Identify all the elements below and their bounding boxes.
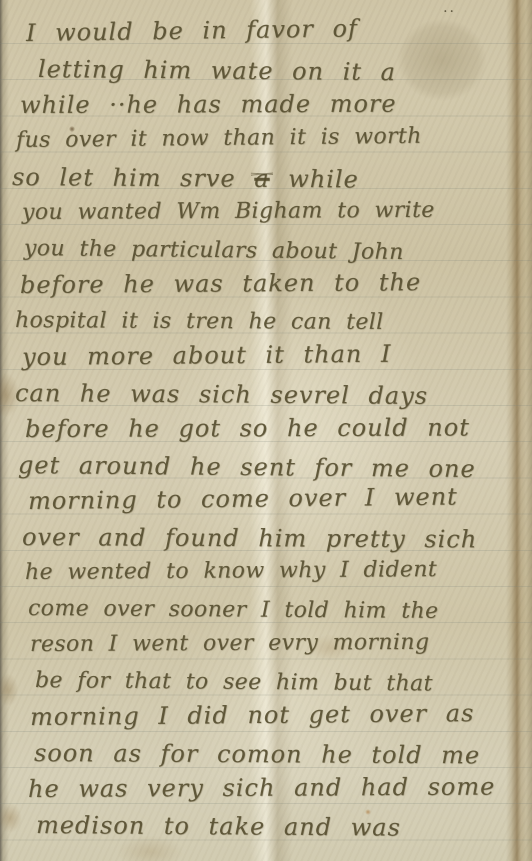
letter-line: before he was taken to the	[20, 267, 421, 300]
letter-line: fus over it now than it is worth	[16, 122, 422, 156]
letter-line: get around he sent for me one	[18, 450, 476, 484]
letter-line: letting him wate on it a	[38, 54, 396, 87]
letter-line: medison to take and was	[36, 810, 401, 843]
letter-line: be for that to see him but that	[35, 666, 433, 699]
letter-line: before he got so he could not	[25, 412, 470, 444]
letter-line: you wanted Wm Bigham to write	[22, 196, 435, 228]
letter-page: ·· I would be in favor of letting him wa…	[0, 0, 532, 861]
letter-line: hospital it is tren he can tell	[15, 306, 384, 338]
letter-line: he wented to know why I dident	[25, 555, 437, 588]
letter-line: so let him srve a while	[12, 162, 359, 194]
letter-line: while ··he has made more	[20, 89, 397, 120]
letter-line: morning I did not get over as	[30, 698, 475, 732]
scratched-out-word: a	[254, 164, 270, 194]
letter-line: you more about it than I	[22, 339, 392, 372]
letter-line: morning to come over I went	[28, 482, 458, 516]
letter-line: you the particulars about John	[24, 234, 404, 268]
letter-line: he was very sich and had some	[28, 772, 495, 804]
letter-line: come over sooner I told him the	[28, 594, 439, 627]
letter-line: over and found him pretty sich	[22, 522, 477, 554]
letter-line: soon as for comon he told me	[34, 738, 480, 770]
letter-line: I would be in favor of	[26, 13, 358, 48]
letter-line: can he was sich sevrel days	[15, 378, 428, 411]
ink-dots-mark: ··	[443, 4, 456, 20]
letter-line: reson I went over evry morning	[30, 628, 430, 660]
